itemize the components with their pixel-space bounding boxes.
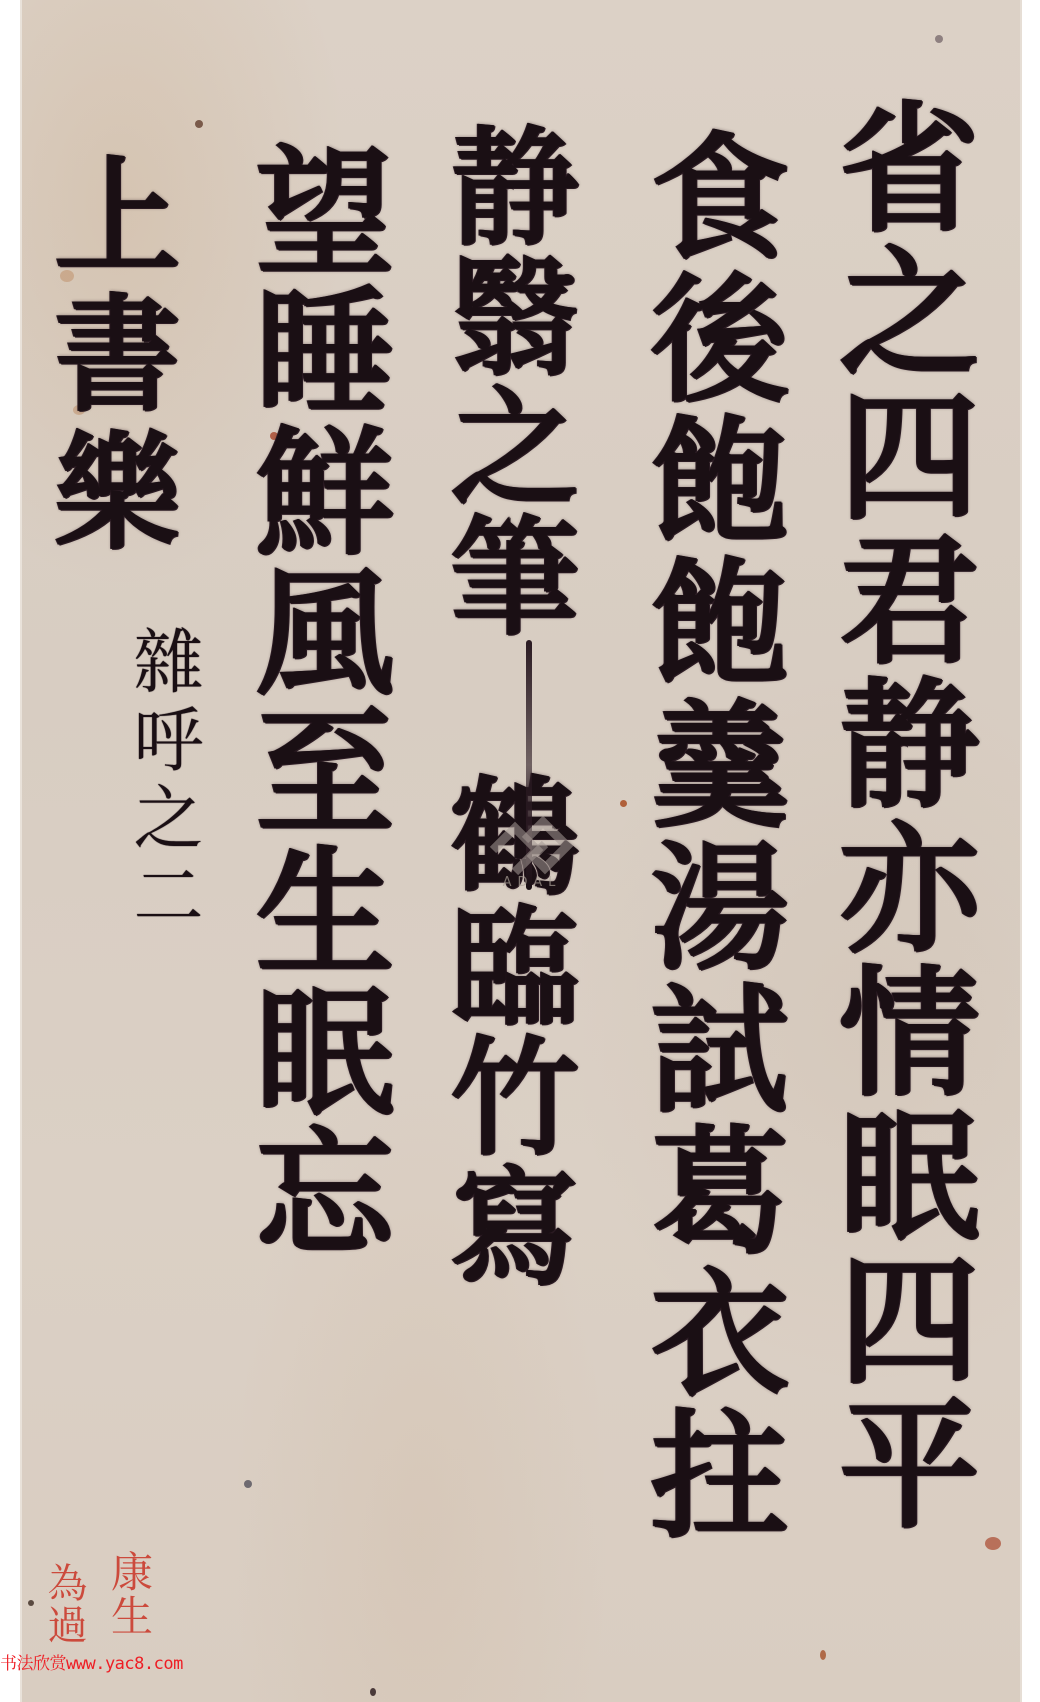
paper-stain (820, 1650, 826, 1660)
website-watermark: 书法欣赏www.yac8.com (0, 1649, 183, 1674)
red-seal: 康生 為過 (40, 1550, 150, 1650)
seal-text-left: 為過 (44, 1562, 84, 1646)
seal-text-right: 康生 (108, 1550, 150, 1638)
paper-stain (985, 1537, 1001, 1550)
paper-stain (195, 120, 203, 128)
calligraphy-column-1: 省之四君静亦情眠四平 (828, 95, 968, 1535)
calligraphy-column-5: 上書樂 (45, 150, 171, 564)
adal-logo-text: ADAL (472, 875, 592, 890)
paper-stain (370, 1688, 376, 1696)
paper-stain (244, 1480, 252, 1488)
paper-stain (935, 35, 943, 43)
calligraphy-column-3: 静翳之筆 鶴臨竹寫 (440, 120, 568, 1290)
paper-stain (28, 1600, 34, 1606)
calligraphy-column-4: 望睡鮮風至生眠忘 (245, 140, 383, 1260)
signature-inscription: 雜呼之二 (128, 625, 198, 937)
paper-stain (620, 800, 627, 807)
calligraphy-column-2: 食後飽飽羹湯試葛衣拄 (640, 125, 778, 1545)
